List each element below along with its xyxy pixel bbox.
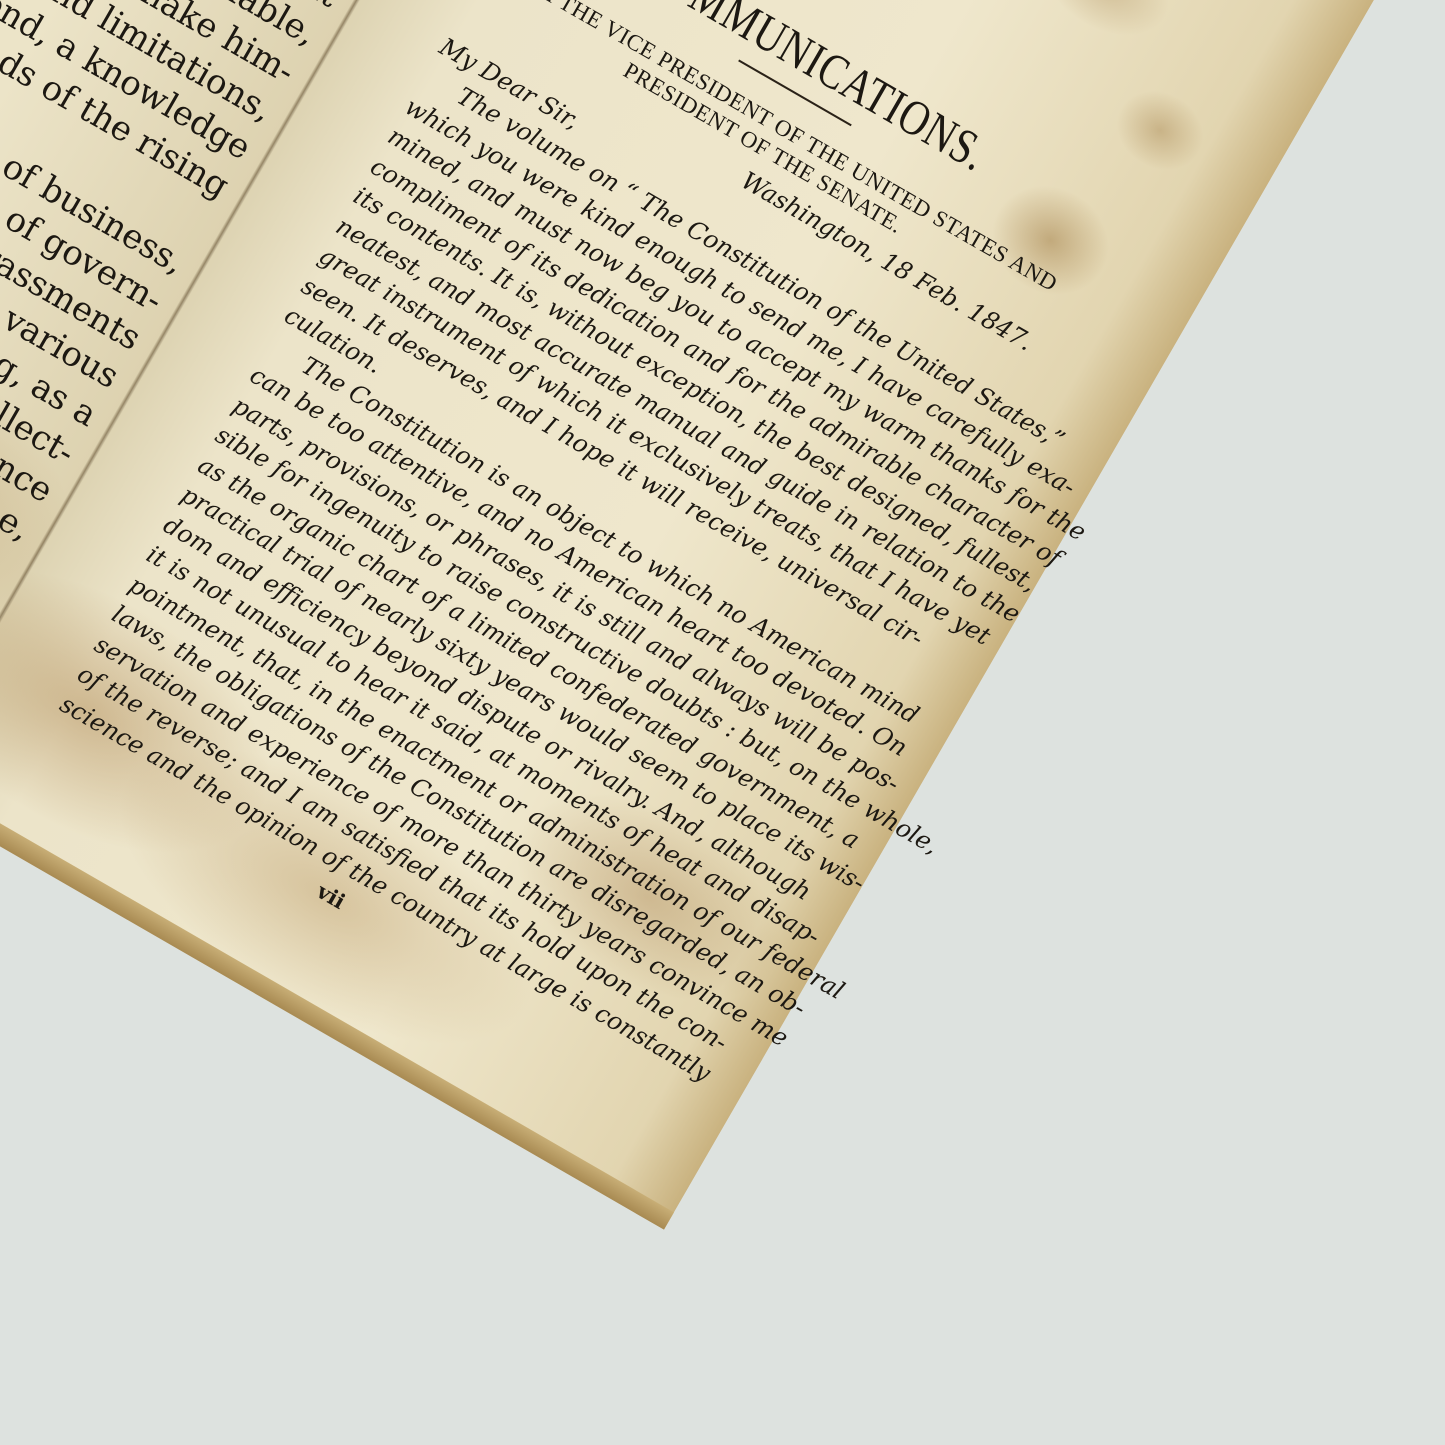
open-book: the n place roduced by ession of their s… bbox=[0, 0, 1445, 1230]
book-photo: the n place roduced by ession of their s… bbox=[0, 0, 1445, 1445]
